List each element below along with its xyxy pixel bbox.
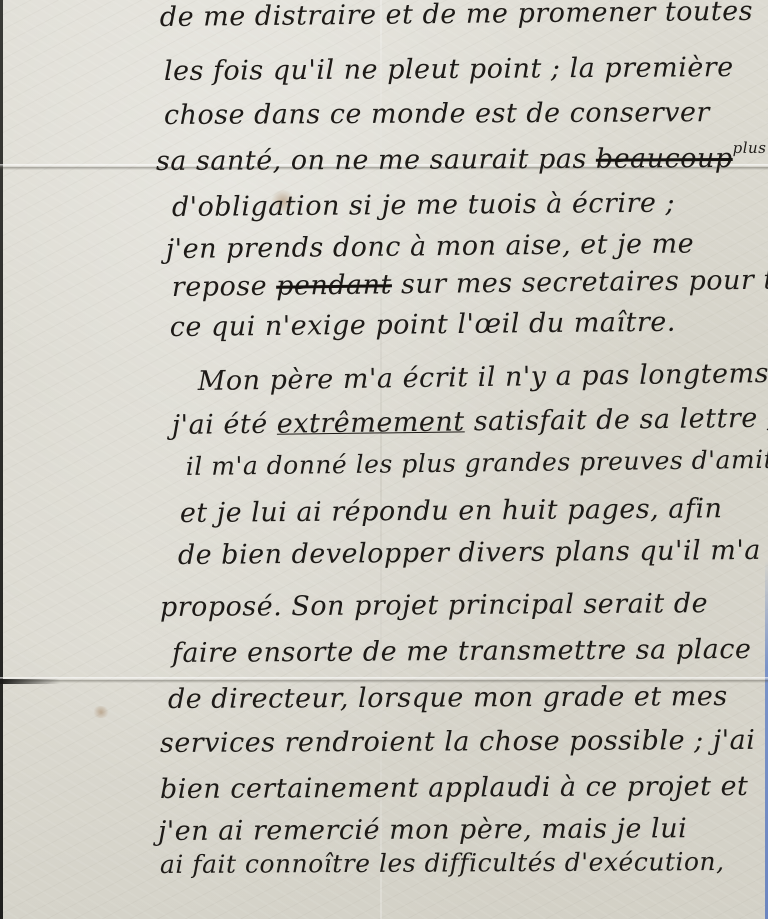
underlined-word: extrêmement [277,406,465,439]
letter-line-5: d'obligation si je me tuois à écrire ; [172,188,675,223]
line-10-text-cont: satisfait de sa lettre ; [464,403,768,438]
letter-line-3: chose dans ce monde est de conserver [164,97,710,131]
line-7-text: repose [172,271,277,303]
letter-line-6: j'en prends donc à mon aise, et je me [166,228,695,265]
letter-line-12: et je lui ai répondu en huit pages, afin [180,493,723,529]
letter-line-16: de directeur, lorsque mon grade et mes [168,681,728,715]
letter-line-17: services rendroient la chose possible ; … [160,725,756,759]
struck-word: pendant [276,269,392,301]
letter-line-11: il m'a donné les plus grandes preuves d'… [186,445,768,481]
struck-word: beaucoup [596,143,733,175]
letter-line-7: repose pendant sur mes secretaires pour … [172,264,768,303]
letter-line-14: proposé. Son projet principal serait de [160,588,708,623]
letter-line-10: j'ai été extrêmement satisfait de sa let… [172,403,768,441]
letter-line-8: ce qui n'exige point l'œil du maître. [170,307,676,343]
letter-line-9: Mon père m'a écrit il n'y a pas longtems… [198,358,768,397]
letter-line-1: de me distraire et de me promener toutes [160,0,754,33]
line-10-text: j'ai été [172,409,277,441]
letter-page: de me distraire et de me promener toutes… [0,0,768,919]
inserted-word: plus [733,139,767,157]
line-7-text-cont: sur mes secretaires pour tout [392,264,768,300]
letter-line-2: les fois qu'il ne pleut point ; la premi… [164,52,734,87]
letter-body: de me distraire et de me promener toutes… [0,0,768,919]
line-4-text: sa santé, on ne me saurait pas [156,144,596,177]
letter-line-15: faire ensorte de me transmettre sa place [172,634,752,669]
letter-line-19: j'en ai remercié mon père, mais je lui [158,813,687,847]
letter-line-4: sa santé, on ne me saurait pas beaucoupp… [156,143,767,177]
letter-line-13: de bien developper divers plans qu'il m'… [178,535,761,571]
letter-line-18: bien certainement applaudi à ce projet e… [160,771,749,805]
